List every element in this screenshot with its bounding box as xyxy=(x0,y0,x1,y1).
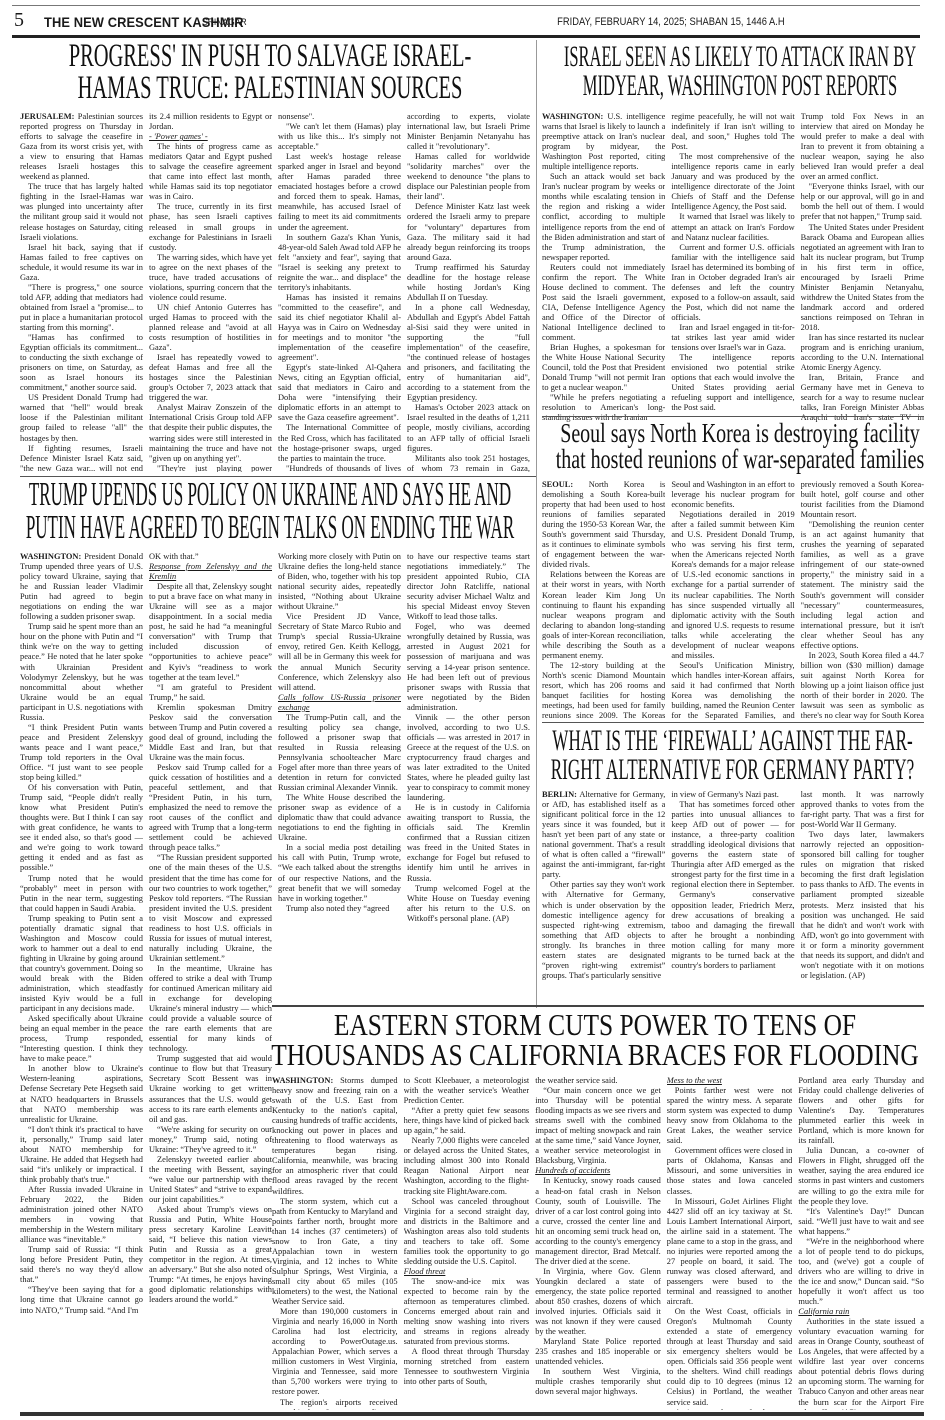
korea-headline: Seoul says North Korea is destroying fac… xyxy=(544,420,936,473)
paragraph: Hamas's October 2023 attack on Israel re… xyxy=(407,403,530,453)
paragraph: Israel hit back, saying that if Hamas fa… xyxy=(20,243,143,283)
paragraph: Iran and Israel engaged in tit-for-tat s… xyxy=(671,323,794,353)
paragraph: its 2.4 million residents to Egypt or Jo… xyxy=(149,112,272,132)
paragraph: Hamas called for worldwide "solidarity m… xyxy=(407,152,530,202)
paragraph: "Hamas has confirmed to Egyptian officia… xyxy=(20,333,143,393)
paragraph: Vice President JD Vance, Secretary of St… xyxy=(278,612,401,692)
paragraph: US President Donald Trump had warned tha… xyxy=(20,393,143,443)
paragraph: In a phone call Wednesday, Abdullah and … xyxy=(407,303,530,403)
subhead: - 'Power games' - xyxy=(149,132,272,142)
dateline: WASHINGTON: xyxy=(542,112,603,121)
article-column: JERUSALEM: Palestinian sources reported … xyxy=(20,112,143,472)
korea-article: SEOUL: North Korea is demolishing a Sout… xyxy=(542,480,924,720)
paragraph: “They've been saying that for a long tim… xyxy=(20,1285,143,1315)
paragraph: OK with that.” xyxy=(149,552,272,562)
paragraph: In a social media post detailing his cal… xyxy=(278,843,401,903)
headline-line: PROGRESS' IN PUSH TO SALVAGE ISRAEL- xyxy=(34,40,505,72)
paragraph: Of his conversation with Putin, Trump sa… xyxy=(20,783,143,873)
paragraph: Seoul's Unification Ministry, which hand… xyxy=(671,661,794,720)
paragraph: Egypt's state-linked Al-Qahera News, cit… xyxy=(278,363,401,423)
paragraph: "We can't let them (Hamas) play with us … xyxy=(278,122,401,152)
paragraph: Militants also took 251 hostages, of who… xyxy=(407,454,530,472)
article-column: according to experts, violate internatio… xyxy=(407,112,530,472)
headline-line: EASTERN STORM CUTS POWER TO TENS OF xyxy=(271,1010,919,1040)
subhead: Mess to the west xyxy=(667,1076,793,1086)
headline-line: ISRAEL SEEN AS LIKELY TO ATTACK IRAN BY xyxy=(550,42,930,71)
paragraph: “We're asking for security on our money,… xyxy=(149,1125,272,1155)
paragraph: In Kentucky, snowy roads caused a head-o… xyxy=(535,1176,661,1266)
dateline: WASHINGTON: xyxy=(272,1076,333,1085)
paragraph: “I don't think it's practical to have it… xyxy=(20,1125,143,1185)
paragraph: Vinnik — the other person involved, acco… xyxy=(407,713,530,803)
paragraph: Brian Hughes, a spokesman for the White … xyxy=(542,343,665,393)
paragraph: Asked about Trump's views on Russia and … xyxy=(149,1205,272,1305)
paragraph: Hamas has insisted it remains "committed… xyxy=(278,293,401,363)
article-column: last month. It was narrowly approved tha… xyxy=(801,790,924,1002)
headline-line: that hosted reunions of war-separated fa… xyxy=(544,446,936,472)
paragraph: After Russia invaded Ukraine in February… xyxy=(20,1185,143,1245)
top-rule xyxy=(12,5,920,6)
paragraph: Trump reaffirmed his Saturday deadline f… xyxy=(407,263,530,303)
subhead: Response from Zelenskyy and the Kremlin xyxy=(149,562,272,582)
paragraph: the weather service said. xyxy=(535,1076,661,1086)
paragraph: Trump speaking to Putin sent a potential… xyxy=(20,914,143,1014)
paragraph: That has sometimes forced other parties … xyxy=(671,800,794,890)
paragraph: The hints of progress came as mediators … xyxy=(149,142,272,202)
paragraph: The intelligence reports envisioned two … xyxy=(671,353,794,413)
paragraph: Trump suggested that aid would continue … xyxy=(149,1054,272,1124)
paragraph: In the meantime, Ukraine has offered to … xyxy=(149,964,272,1054)
paragraph: “We're in the neighborhood where a lot o… xyxy=(798,1237,924,1307)
newspaper-page: 5 THE NEW CRESCENT KASHMIR SRINAGAR FRID… xyxy=(0,0,945,1420)
paragraph: “After a pretty quiet few seasons here, … xyxy=(404,1106,530,1136)
paragraph: President Donald Trump upended three yea… xyxy=(20,552,143,621)
paragraph: Israel has repeatedly vowed to defeat Ha… xyxy=(149,353,272,403)
masthead: 5 THE NEW CRESCENT KASHMIR SRINAGAR FRID… xyxy=(12,8,920,34)
paragraph: The region's airports received several i… xyxy=(272,1398,398,1411)
paragraph: In Virginia, where Gov. Glenn Youngkin d… xyxy=(535,1267,661,1337)
dateline: WASHINGTON: xyxy=(20,552,81,561)
paragraph: The snow-and-ice mix was expected to bec… xyxy=(404,1277,530,1347)
paragraph: Trump told Fox News in an interview that… xyxy=(801,112,924,182)
paragraph: Asked specifically about Ukraine being a… xyxy=(20,1014,143,1064)
paragraph: The White House described the prisoner s… xyxy=(278,793,401,843)
paragraph: “I think President Putin wants peace and… xyxy=(20,723,143,783)
paragraph: The 12-story building at the North's sce… xyxy=(542,661,665,720)
germany-headline: WHAT IS THE ‘FIREWALL’ AGAINST THE FAR- … xyxy=(543,726,922,785)
paragraph: Peskov said Trump called for a quick ces… xyxy=(149,763,272,853)
paragraph: previously removed a South Korea-built h… xyxy=(801,480,924,520)
headline-line: PUTIN HAVE AGREED TO BEGIN TALKS ON ENDI… xyxy=(13,511,528,544)
paragraph: Despite all that, Zelenskyy sought to pu… xyxy=(149,582,272,682)
paragraph: Other parties say they won't work with A… xyxy=(542,880,665,980)
subhead: Hundreds of accidents xyxy=(535,1166,661,1176)
paragraph: Alternative for Germany, or AfD, has est… xyxy=(542,790,665,879)
issue-date: FRIDAY, FEBRUARY 14, 2025; SHABAN 15, 14… xyxy=(558,16,785,28)
paragraph: A flood threat through Thursday morning … xyxy=(404,1347,530,1387)
paragraph: in view of Germany's Nazi past. xyxy=(671,790,794,800)
paragraph: Trump welcomed Fogel at the White House … xyxy=(407,884,530,924)
paragraph: Zelenskyy tweeted earlier about the meet… xyxy=(149,1155,272,1205)
paragraph: Government offices were closed in parts … xyxy=(667,1146,793,1196)
paragraph: Negotiations derailed in 2019 after a fa… xyxy=(671,510,794,661)
article-column: BERLIN: Alternative for Germany, or AfD,… xyxy=(542,790,665,1002)
paragraph: Two days later, lawmakers narrowly rejec… xyxy=(801,830,924,981)
headline-line: RIGHT ALTERNATIVE FOR GERMANY PARTY? xyxy=(543,755,922,784)
paragraph: Kremlin spokesman Dmitry Peskov said the… xyxy=(149,703,272,763)
article-column: WASHINGTON: U.S. intelligence warns that… xyxy=(542,112,665,424)
paragraph: Defence Minister Katz last week ordered … xyxy=(407,202,530,262)
paragraph: On the West Coast, officials in Oregon's… xyxy=(667,1307,793,1407)
paragraph: More than 190,000 customers in Virginia … xyxy=(272,1307,398,1397)
paragraph: "Everyone thinks Israel, with our help o… xyxy=(801,182,924,222)
paragraph: to have our respective teams start negot… xyxy=(407,552,530,622)
headline-line: WHAT IS THE ‘FIREWALL’ AGAINST THE FAR- xyxy=(543,726,922,755)
paragraph: "Demolishing the reunion center is an ac… xyxy=(801,520,924,651)
paragraph: If fighting resumes, Israeli Defence Min… xyxy=(20,444,143,472)
dateline: SEOUL: xyxy=(542,480,573,489)
paragraph: The truce that has largely halted fighti… xyxy=(20,182,143,242)
paragraph: Working more closely with Putin on Ukrai… xyxy=(278,552,401,612)
storm-headline: EASTERN STORM CUTS POWER TO TENS OF THOU… xyxy=(271,1010,919,1071)
paragraph: North Korea is demolishing a South Korea… xyxy=(542,480,665,569)
article-column: Working more closely with Putin on Ukrai… xyxy=(278,552,401,1007)
paragraph: “Our main concern once we get into Thurs… xyxy=(535,1086,661,1166)
paragraph: “It's Valentine's Day!” Duncan said. “We… xyxy=(798,1207,924,1237)
paragraph: Fogel, who was deemed wrongfully detaine… xyxy=(407,622,530,712)
article-column: Trump told Fox News in an interview that… xyxy=(801,112,924,424)
headline-line: MIDYEAR, WASHINGTON POST REPORTS xyxy=(550,71,930,100)
paragraph: Nearly 7,000 flights were canceled or de… xyxy=(404,1136,530,1196)
paragraph: Last week's hostage release sparked ange… xyxy=(278,152,401,232)
paragraph: In Missouri, GoJet Airlines Flight 4427 … xyxy=(667,1197,793,1308)
bottom-rule xyxy=(20,1412,924,1416)
article-column: Mess to the west Points farther west wer… xyxy=(667,1076,793,1410)
article-column: to have our respective teams start negot… xyxy=(407,552,530,1007)
article-column: previously removed a South Korea-built h… xyxy=(801,480,924,720)
paragraph: He is in custody in California awaiting … xyxy=(407,803,530,883)
paragraph: “The Russian president supported one of … xyxy=(149,853,272,964)
page-number: 5 xyxy=(14,9,24,32)
article-column: SEOUL: North Korea is demolishing a Sout… xyxy=(542,480,665,720)
gaza-headline: PROGRESS' IN PUSH TO SALVAGE ISRAEL- HAM… xyxy=(34,40,505,105)
paragraph: "They're just playing power games," she … xyxy=(149,464,272,472)
paragraph: The storm system, which cut a path from … xyxy=(272,1197,398,1308)
paragraph: The truce, currently in its first phase,… xyxy=(149,202,272,252)
article-column: its 2.4 million residents to Egypt or Jo… xyxy=(149,112,272,472)
article-column: Portland area early Thursday and Friday … xyxy=(798,1076,924,1410)
paragraph: nonsense". xyxy=(278,112,401,122)
paragraph: Storms dumped heavy snow and freezing ra… xyxy=(272,1076,398,1196)
paragraph: Relations between the Koreas are at thei… xyxy=(542,570,665,660)
ukraine-headline: TRUMP UPENDS US POLICY ON UKRAINE AND SA… xyxy=(13,478,528,545)
iran-article: WASHINGTON: U.S. intelligence warns that… xyxy=(542,112,924,424)
paragraph: Palestinian sources reported progress on… xyxy=(20,112,143,181)
storm-article: WASHINGTON: Storms dumped heavy snow and… xyxy=(272,1076,924,1410)
article-column: in view of Germany's Nazi past. That has… xyxy=(671,790,794,1002)
headline-line: HAMAS TRUCE: PALESTINIAN SOURCES xyxy=(34,72,505,104)
paragraph: The Trump-Putin call, and the resulting … xyxy=(278,713,401,793)
dateline: JERUSALEM: xyxy=(20,112,74,121)
paragraph: Julia Duncan, a co-owner of Flowers in F… xyxy=(798,1146,924,1206)
column-divider xyxy=(536,40,537,480)
paragraph: An ice storm forecast for the xyxy=(667,1408,793,1410)
column-divider xyxy=(536,478,537,1008)
dateline: BERLIN: xyxy=(542,790,577,799)
paragraph: UN chief Antonio Guterres has urged Hama… xyxy=(149,303,272,353)
headline-line: Seoul says North Korea is destroying fac… xyxy=(544,420,936,446)
paragraph: Seoul and Washington in an effort to lev… xyxy=(671,480,794,510)
article-column: the weather service said. “Our main conc… xyxy=(535,1076,661,1410)
paragraph: School was canceled throughout Virginia … xyxy=(404,1197,530,1267)
iran-headline: ISRAEL SEEN AS LIKELY TO ATTACK IRAN BY … xyxy=(550,42,930,101)
paragraph: Reuters could not immediately confirm th… xyxy=(542,263,665,343)
gaza-article: JERUSALEM: Palestinian sources reported … xyxy=(20,112,530,472)
subhead: California rain xyxy=(798,1307,924,1317)
paragraph: The most comprehensive of the intelligen… xyxy=(671,152,794,212)
article-column: to Scott Kleebauer, a meteorologist with… xyxy=(404,1076,530,1410)
headline-line: THOUSANDS AS CALIFORNIA BRACES FOR FLOOD… xyxy=(271,1040,919,1070)
paragraph: The United States under President Barack… xyxy=(801,223,924,334)
paragraph: The warring sides, which have yet to agr… xyxy=(149,253,272,303)
section-rule xyxy=(542,722,924,723)
article-column: Seoul and Washington in an effort to lev… xyxy=(671,480,794,720)
paragraph: "Hundreds of thousands of lives depend o… xyxy=(278,464,401,472)
paragraph: “I am grateful to President Trump,” he s… xyxy=(149,683,272,703)
paragraph: Trump noted that he would “probably” mee… xyxy=(20,874,143,914)
paragraph: In 2023, South Korea filed a 44.7 billio… xyxy=(801,651,924,720)
paragraph: It warned that Israel was likely to atte… xyxy=(671,212,794,242)
headline-line: TRUMP UPENDS US POLICY ON UKRAINE AND SA… xyxy=(13,478,528,511)
paragraph: Maryland State Police reported 235 crash… xyxy=(535,1337,661,1367)
paragraph: to Scott Kleebauer, a meteorologist with… xyxy=(404,1076,530,1106)
subhead: Flood threat xyxy=(404,1267,530,1277)
paragraph: In southern West Virginia, multiple cras… xyxy=(535,1367,661,1397)
paragraph: Trump also noted they “agreed xyxy=(278,904,401,914)
article-column: OK with that.” Response from Zelenskyy a… xyxy=(149,552,272,1408)
paragraph: last month. It was narrowly approved tha… xyxy=(801,790,924,830)
article-column: regime peacefully, he will not wait inde… xyxy=(671,112,794,424)
paragraph: In southern Gaza's Khan Yunis, 48-year-o… xyxy=(278,233,401,293)
subhead: Calls follow US-Russia prisoner exchange xyxy=(278,693,401,713)
paragraph: Portland area early Thursday and Friday … xyxy=(798,1076,924,1146)
paragraph: In another blow to Ukraine's Western-lea… xyxy=(20,1064,143,1124)
section-rule xyxy=(542,416,924,417)
paragraph: Analyst Mairav Zonszein of the Internati… xyxy=(149,403,272,463)
city-label: SRINAGAR xyxy=(202,17,247,28)
paragraph: Iran has since restarted its nuclear pro… xyxy=(801,333,924,373)
article-column: nonsense". "We can't let them (Hamas) pl… xyxy=(278,112,401,472)
paragraph: Trump said he spent more than an hour on… xyxy=(20,622,143,722)
paragraph: "There is progress," one source told AFP… xyxy=(20,283,143,333)
paragraph: according to experts, violate internatio… xyxy=(407,112,530,152)
paragraph: Current and former U.S. officials famili… xyxy=(671,243,794,323)
paragraph: Such an attack would set back Iran's nuc… xyxy=(542,172,665,262)
article-column: WASHINGTON: Storms dumped heavy snow and… xyxy=(272,1076,398,1410)
paragraph: Trump said of Russia: “I think long befo… xyxy=(20,1245,143,1285)
germany-article: BERLIN: Alternative for Germany, or AfD,… xyxy=(542,790,924,1002)
article-column: WASHINGTON: President Donald Trump upend… xyxy=(20,552,143,1408)
paragraph: The International Committee of the Red C… xyxy=(278,423,401,463)
paragraph: Germany's conservative opposition leader… xyxy=(671,890,794,970)
paragraph: Authorities in the state issued a volunt… xyxy=(798,1317,924,1410)
paragraph: regime peacefully, he will not wait inde… xyxy=(671,112,794,152)
paragraph: Points farther west were not spared the … xyxy=(667,1086,793,1146)
